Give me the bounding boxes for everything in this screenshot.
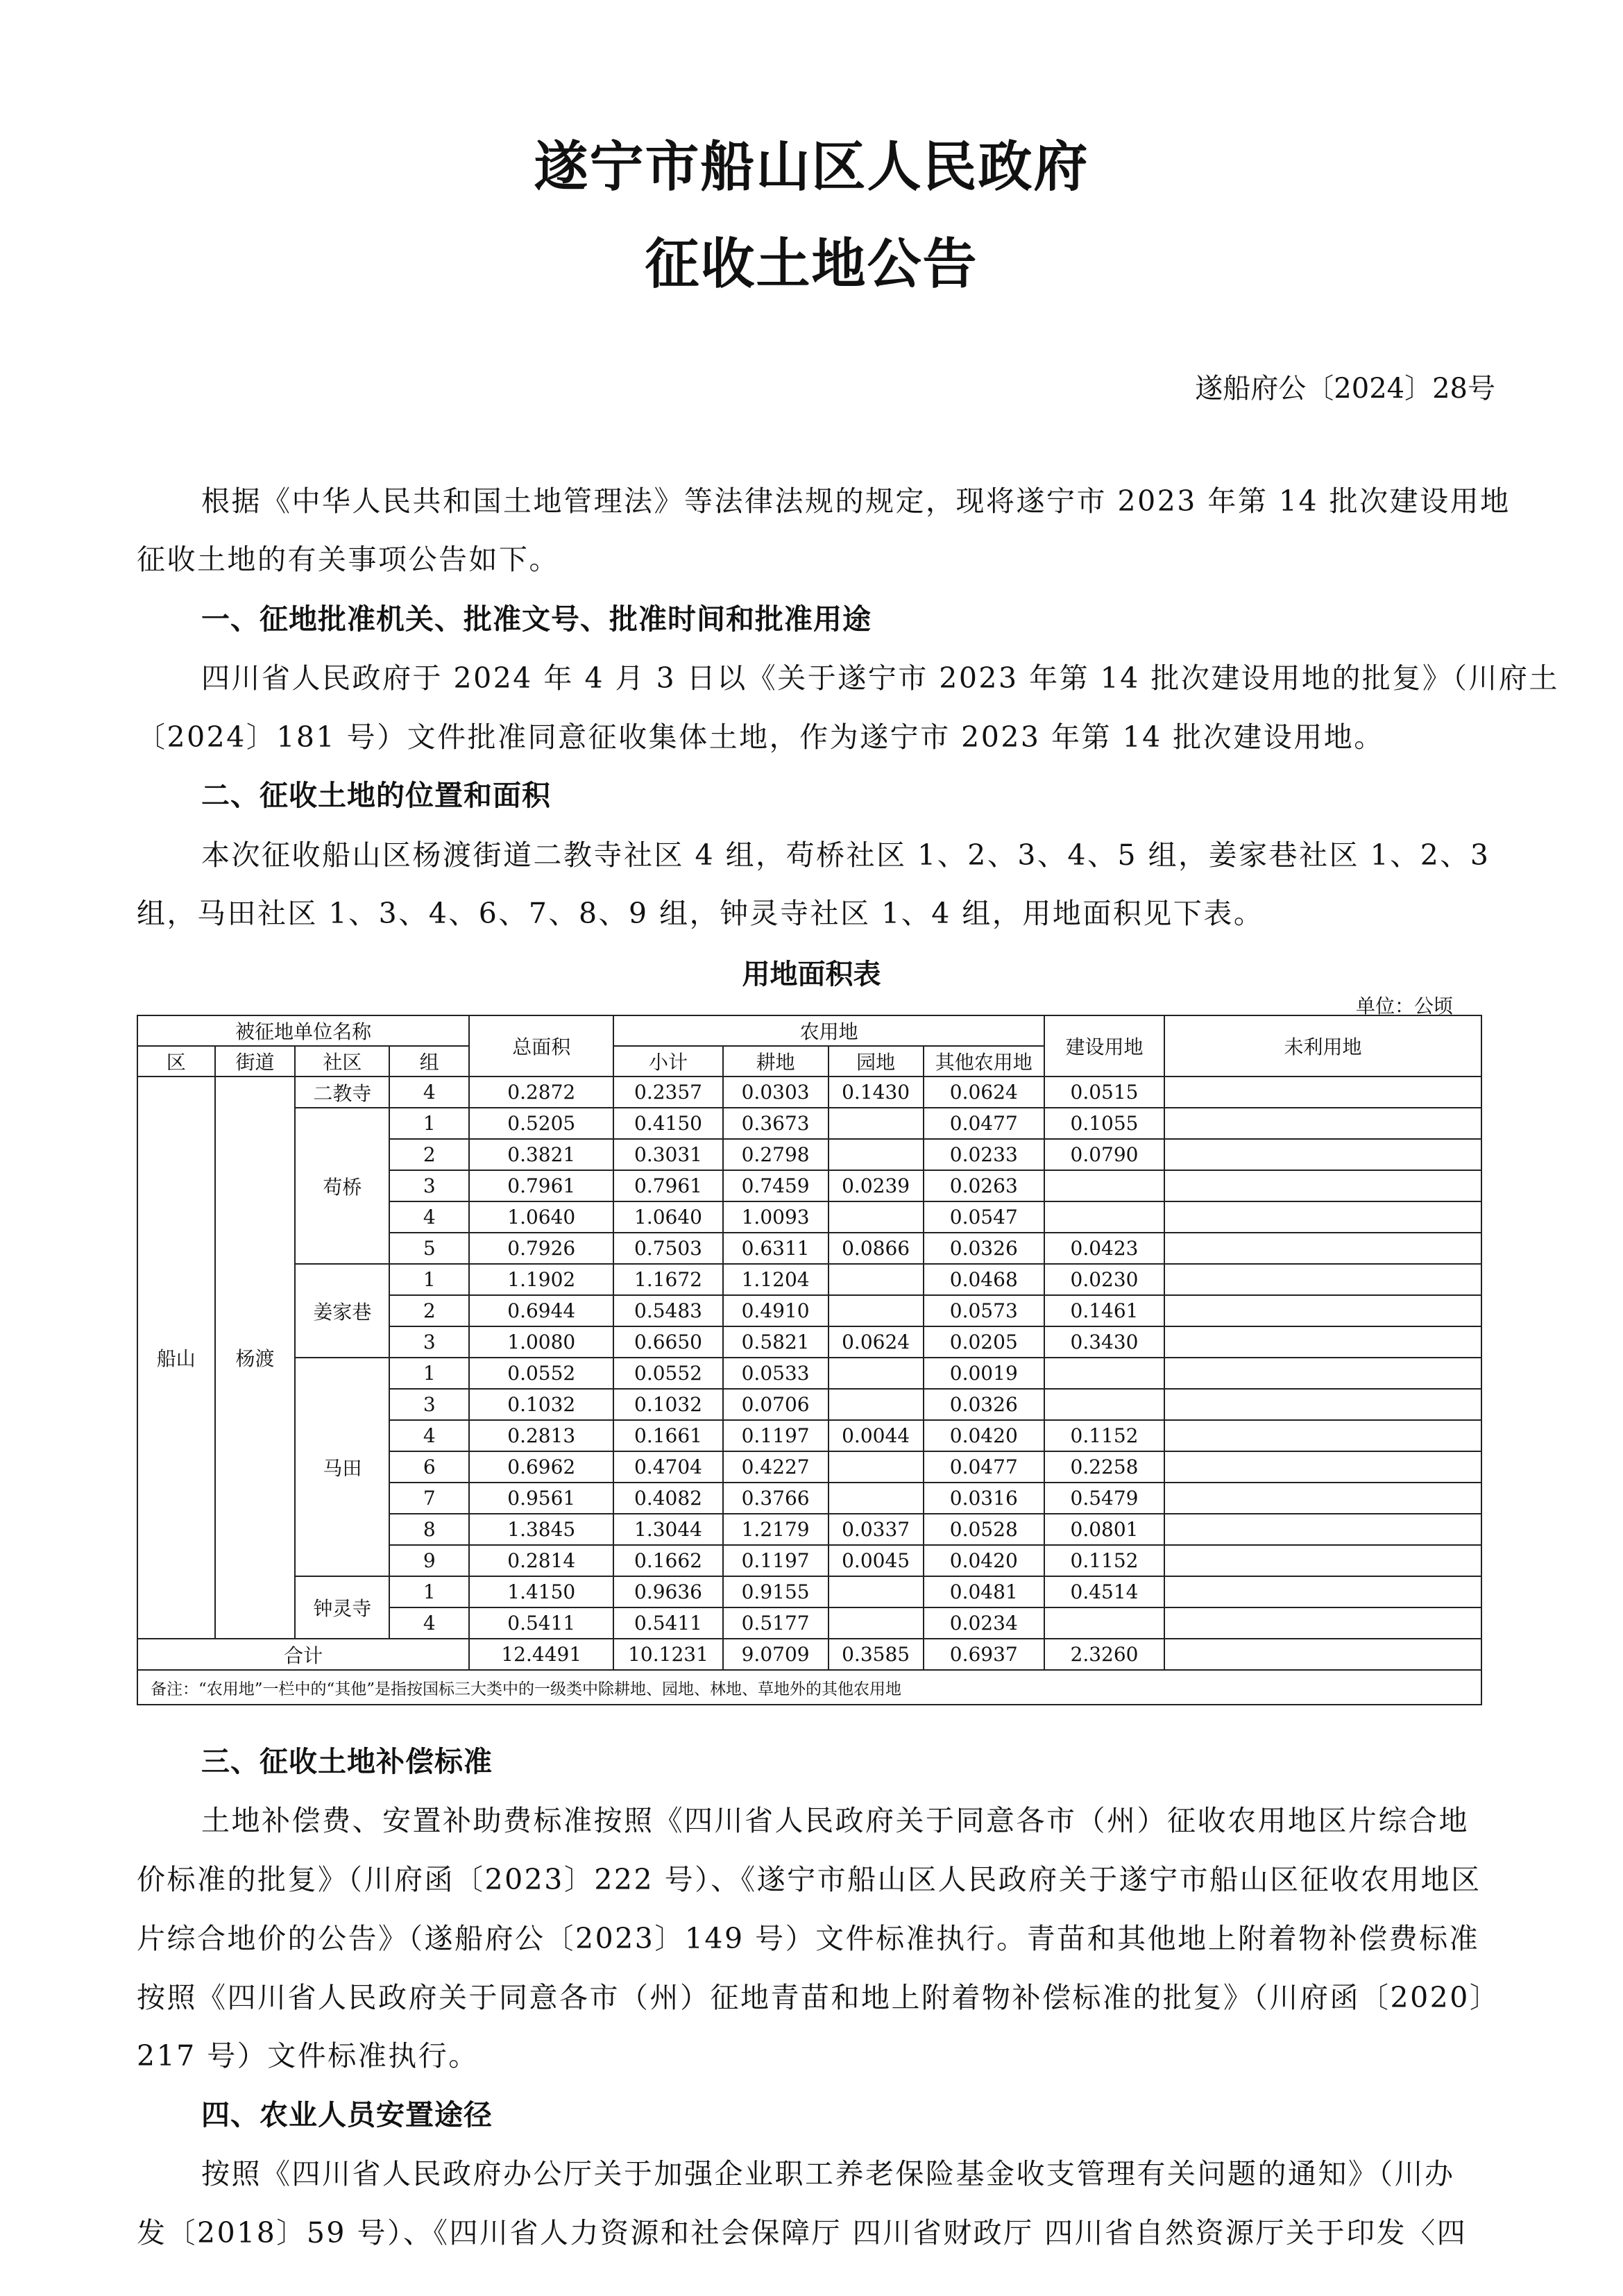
cell-street: 杨渡 bbox=[215, 1077, 296, 1639]
section2-line-2: 组，马田社区 1、3、4、6、7、8、9 组，钟灵寺社区 1、4 组，用地面积见… bbox=[137, 893, 1483, 934]
cell-construction bbox=[1044, 1607, 1164, 1639]
intro-line-1: 根据《中华人民共和国土地管理法》等法律法规的规定，现将遂宁市 2023 年第 1… bbox=[201, 480, 1483, 522]
document-number: 遂船府公〔2024〕28号 bbox=[1195, 366, 1495, 406]
cell-construction bbox=[1044, 1389, 1164, 1420]
cell-cultivated: 0.3673 bbox=[723, 1108, 829, 1139]
cell-cultivated: 0.0533 bbox=[723, 1358, 829, 1389]
cell-subtotal: 0.4704 bbox=[613, 1451, 722, 1483]
cell-subtotal: 0.4082 bbox=[613, 1483, 722, 1514]
cell-total: 0.5411 bbox=[469, 1607, 613, 1639]
cell-construction: 0.3430 bbox=[1044, 1326, 1164, 1358]
cell-group: 7 bbox=[389, 1483, 469, 1514]
total-label: 合计 bbox=[137, 1639, 469, 1670]
cell-group: 3 bbox=[389, 1326, 469, 1358]
table-title: 用地面积表 bbox=[0, 952, 1623, 992]
cell-group: 3 bbox=[389, 1389, 469, 1420]
cell-group: 4 bbox=[389, 1607, 469, 1639]
cell-construction: 0.1152 bbox=[1044, 1420, 1164, 1451]
section3-line-4: 按照《四川省人民政府关于同意各市（州）征地青苗和地上附着物补偿标准的批复》（川府… bbox=[137, 1977, 1483, 2018]
cell-garden: 0.0044 bbox=[829, 1420, 924, 1451]
cell-garden bbox=[829, 1139, 924, 1170]
section1-heading: 一、征地批准机关、批准文号、批准时间和批准用途 bbox=[201, 598, 872, 640]
header-district: 区 bbox=[137, 1046, 215, 1077]
cell-unused bbox=[1164, 1077, 1481, 1108]
cell-construction: 0.0790 bbox=[1044, 1139, 1164, 1170]
cell-total: 0.2813 bbox=[469, 1420, 613, 1451]
cell-community: 二教寺 bbox=[295, 1077, 389, 1108]
table-row: 苟桥10.52050.41500.36730.04770.1055 bbox=[137, 1108, 1481, 1139]
cell-other: 0.0420 bbox=[924, 1545, 1044, 1576]
cell-construction: 0.2258 bbox=[1044, 1451, 1164, 1483]
header-garden: 园地 bbox=[829, 1046, 924, 1077]
cell-other: 0.0481 bbox=[924, 1576, 1044, 1607]
cell-subtotal: 1.3044 bbox=[613, 1514, 722, 1545]
cell-subtotal: 0.0552 bbox=[613, 1358, 722, 1389]
cell-cultivated: 0.4227 bbox=[723, 1451, 829, 1483]
table-total-row: 合计 12.4491 10.1231 9.0709 0.3585 0.6937 … bbox=[137, 1639, 1481, 1670]
cell-subtotal: 0.6650 bbox=[613, 1326, 722, 1358]
header-construction: 建设用地 bbox=[1044, 1015, 1164, 1077]
cell-unused bbox=[1164, 1389, 1481, 1420]
cell-construction: 0.1152 bbox=[1044, 1545, 1164, 1576]
cell-total: 0.6944 bbox=[469, 1295, 613, 1326]
table-note: 备注：“农用地”一栏中的“其他”是指按国标三大类中的一级类中除耕地、园地、林地、… bbox=[137, 1670, 1481, 1705]
cell-unused bbox=[1164, 1420, 1481, 1451]
cell-total: 0.6962 bbox=[469, 1451, 613, 1483]
cell-subtotal: 1.0640 bbox=[613, 1201, 722, 1233]
cell-garden: 0.0624 bbox=[829, 1326, 924, 1358]
cell-garden: 0.1430 bbox=[829, 1077, 924, 1108]
header-cultivated: 耕地 bbox=[723, 1046, 829, 1077]
cell-garden bbox=[829, 1108, 924, 1139]
cell-group: 8 bbox=[389, 1514, 469, 1545]
cell-cultivated: 1.1204 bbox=[723, 1264, 829, 1295]
cell-community: 苟桥 bbox=[295, 1108, 389, 1264]
cell-construction bbox=[1044, 1170, 1164, 1201]
section2-line-1: 本次征收船山区杨渡街道二教寺社区 4 组，苟桥社区 1、2、3、4、5 组，姜家… bbox=[201, 834, 1483, 876]
cell-subtotal: 1.1672 bbox=[613, 1264, 722, 1295]
cell-subtotal: 0.4150 bbox=[613, 1108, 722, 1139]
cell-group: 9 bbox=[389, 1545, 469, 1576]
table-row: 钟灵寺11.41500.96360.91550.04810.4514 bbox=[137, 1576, 1481, 1607]
document-title-line1: 遂宁市船山区人民政府 bbox=[0, 124, 1623, 201]
cell-cultivated: 0.2798 bbox=[723, 1139, 829, 1170]
section1-line-1: 四川省人民政府于 2024 年 4 月 3 日以《关于遂宁市 2023 年第 1… bbox=[201, 657, 1483, 699]
cell-unused bbox=[1164, 1264, 1481, 1295]
cell-other: 0.0477 bbox=[924, 1451, 1044, 1483]
section3-line-3: 片综合地价的公告》（遂船府公〔2023〕149 号）文件标准执行。青苗和其他地上… bbox=[137, 1918, 1483, 1959]
total-garden: 0.3585 bbox=[829, 1639, 924, 1670]
cell-group: 3 bbox=[389, 1170, 469, 1201]
cell-subtotal: 0.1661 bbox=[613, 1420, 722, 1451]
cell-subtotal: 0.3031 bbox=[613, 1139, 722, 1170]
cell-subtotal: 0.7503 bbox=[613, 1233, 722, 1264]
cell-cultivated: 0.9155 bbox=[723, 1576, 829, 1607]
cell-unused bbox=[1164, 1358, 1481, 1389]
cell-other: 0.0205 bbox=[924, 1326, 1044, 1358]
cell-total: 1.0080 bbox=[469, 1326, 613, 1358]
cell-other: 0.0234 bbox=[924, 1607, 1044, 1639]
cell-community: 钟灵寺 bbox=[295, 1576, 389, 1639]
cell-total: 0.0552 bbox=[469, 1358, 613, 1389]
cell-subtotal: 0.2357 bbox=[613, 1077, 722, 1108]
cell-garden: 0.0866 bbox=[829, 1233, 924, 1264]
header-group: 组 bbox=[389, 1046, 469, 1077]
land-area-table: 被征地单位名称 总面积 农用地 建设用地 未利用地 区 街道 社区 组 小计 耕… bbox=[137, 1015, 1482, 1705]
cell-total: 0.2872 bbox=[469, 1077, 613, 1108]
cell-other: 0.0326 bbox=[924, 1233, 1044, 1264]
cell-cultivated: 1.0093 bbox=[723, 1201, 829, 1233]
header-total: 总面积 bbox=[469, 1015, 613, 1077]
cell-group: 1 bbox=[389, 1108, 469, 1139]
cell-unused bbox=[1164, 1514, 1481, 1545]
section3-line-2: 价标准的批复》（川府函〔2023〕222 号）、《遂宁市船山区人民政府关于遂宁市… bbox=[137, 1859, 1483, 1900]
cell-garden bbox=[829, 1389, 924, 1420]
total-cultivated: 9.0709 bbox=[723, 1639, 829, 1670]
section2-heading: 二、征收土地的位置和面积 bbox=[201, 775, 551, 816]
section4-line-2: 发〔2018〕59 号）、《四川省人力资源和社会保障厅 四川省财政厅 四川省自然… bbox=[137, 2212, 1483, 2254]
document-title-line2: 征收土地公告 bbox=[0, 221, 1623, 298]
cell-group: 2 bbox=[389, 1139, 469, 1170]
cell-group: 1 bbox=[389, 1264, 469, 1295]
cell-garden bbox=[829, 1607, 924, 1639]
cell-other: 0.0420 bbox=[924, 1420, 1044, 1451]
cell-unused bbox=[1164, 1451, 1481, 1483]
cell-unused bbox=[1164, 1139, 1481, 1170]
cell-garden bbox=[829, 1451, 924, 1483]
cell-district: 船山 bbox=[137, 1077, 215, 1639]
cell-other: 0.0233 bbox=[924, 1139, 1044, 1170]
cell-garden bbox=[829, 1358, 924, 1389]
cell-community: 马田 bbox=[295, 1358, 389, 1576]
cell-total: 0.2814 bbox=[469, 1545, 613, 1576]
cell-group: 1 bbox=[389, 1576, 469, 1607]
cell-cultivated: 0.0706 bbox=[723, 1389, 829, 1420]
total-construction: 2.3260 bbox=[1044, 1639, 1164, 1670]
cell-cultivated: 1.2179 bbox=[723, 1514, 829, 1545]
cell-unused bbox=[1164, 1326, 1481, 1358]
section3-line-5: 217 号）文件标准执行。 bbox=[137, 2035, 1483, 2077]
header-other-agri: 其他农用地 bbox=[924, 1046, 1044, 1077]
cell-cultivated: 0.0303 bbox=[723, 1077, 829, 1108]
cell-cultivated: 0.1197 bbox=[723, 1420, 829, 1451]
cell-other: 0.0316 bbox=[924, 1483, 1044, 1514]
cell-unused bbox=[1164, 1545, 1481, 1576]
header-community: 社区 bbox=[295, 1046, 389, 1077]
cell-construction: 0.1461 bbox=[1044, 1295, 1164, 1326]
table-header-row-1: 被征地单位名称 总面积 农用地 建设用地 未利用地 bbox=[137, 1015, 1481, 1046]
cell-group: 1 bbox=[389, 1358, 469, 1389]
table-note-row: 备注：“农用地”一栏中的“其他”是指按国标三大类中的一级类中除耕地、园地、林地、… bbox=[137, 1670, 1481, 1705]
cell-total: 1.0640 bbox=[469, 1201, 613, 1233]
cell-subtotal: 0.7961 bbox=[613, 1170, 722, 1201]
cell-other: 0.0263 bbox=[924, 1170, 1044, 1201]
cell-total: 0.7961 bbox=[469, 1170, 613, 1201]
cell-other: 0.0019 bbox=[924, 1358, 1044, 1389]
cell-other: 0.0326 bbox=[924, 1389, 1044, 1420]
cell-cultivated: 0.1197 bbox=[723, 1545, 829, 1576]
cell-other: 0.0573 bbox=[924, 1295, 1044, 1326]
cell-subtotal: 0.5411 bbox=[613, 1607, 722, 1639]
cell-group: 4 bbox=[389, 1201, 469, 1233]
cell-construction: 0.4514 bbox=[1044, 1576, 1164, 1607]
cell-unused bbox=[1164, 1233, 1481, 1264]
cell-subtotal: 0.9636 bbox=[613, 1576, 722, 1607]
section1-line-2: 〔2024〕181 号）文件批准同意征收集体土地，作为遂宁市 2023 年第 1… bbox=[137, 716, 1483, 758]
table-row: 船山杨渡二教寺40.28720.23570.03030.14300.06240.… bbox=[137, 1077, 1481, 1108]
cell-group: 4 bbox=[389, 1420, 469, 1451]
cell-total: 1.4150 bbox=[469, 1576, 613, 1607]
cell-group: 4 bbox=[389, 1077, 469, 1108]
cell-construction: 0.0423 bbox=[1044, 1233, 1164, 1264]
cell-unused bbox=[1164, 1170, 1481, 1201]
cell-garden bbox=[829, 1264, 924, 1295]
cell-group: 6 bbox=[389, 1451, 469, 1483]
cell-community: 姜家巷 bbox=[295, 1264, 389, 1358]
header-subtotal: 小计 bbox=[613, 1046, 722, 1077]
section4-heading: 四、农业人员安置途径 bbox=[201, 2094, 493, 2136]
cell-garden bbox=[829, 1201, 924, 1233]
cell-garden: 0.0337 bbox=[829, 1514, 924, 1545]
cell-cultivated: 0.5821 bbox=[723, 1326, 829, 1358]
cell-unused bbox=[1164, 1607, 1481, 1639]
cell-subtotal: 0.5483 bbox=[613, 1295, 722, 1326]
cell-cultivated: 0.6311 bbox=[723, 1233, 829, 1264]
total-total: 12.4491 bbox=[469, 1639, 613, 1670]
table-row: 马田10.05520.05520.05330.0019 bbox=[137, 1358, 1481, 1389]
cell-total: 0.5205 bbox=[469, 1108, 613, 1139]
cell-unused bbox=[1164, 1201, 1481, 1233]
cell-garden bbox=[829, 1295, 924, 1326]
cell-other: 0.0547 bbox=[924, 1201, 1044, 1233]
cell-construction bbox=[1044, 1358, 1164, 1389]
header-unused: 未利用地 bbox=[1164, 1015, 1481, 1077]
cell-unused bbox=[1164, 1483, 1481, 1514]
cell-garden: 0.0045 bbox=[829, 1545, 924, 1576]
cell-group: 2 bbox=[389, 1295, 469, 1326]
cell-construction: 0.0515 bbox=[1044, 1077, 1164, 1108]
cell-cultivated: 0.4910 bbox=[723, 1295, 829, 1326]
total-unused bbox=[1164, 1639, 1481, 1670]
cell-group: 5 bbox=[389, 1233, 469, 1264]
cell-construction: 0.1055 bbox=[1044, 1108, 1164, 1139]
cell-cultivated: 0.7459 bbox=[723, 1170, 829, 1201]
cell-garden bbox=[829, 1576, 924, 1607]
section4-line-1: 按照《四川省人民政府办公厅关于加强企业职工养老保险基金收支管理有关问题的通知》（… bbox=[201, 2153, 1483, 2195]
table-row: 姜家巷11.19021.16721.12040.04680.0230 bbox=[137, 1264, 1481, 1295]
cell-construction: 0.0230 bbox=[1044, 1264, 1164, 1295]
cell-garden bbox=[829, 1483, 924, 1514]
cell-unused bbox=[1164, 1295, 1481, 1326]
table-body: 船山杨渡二教寺40.28720.23570.03030.14300.06240.… bbox=[137, 1077, 1481, 1639]
section3-heading: 三、征收土地补偿标准 bbox=[201, 1741, 493, 1782]
cell-garden: 0.0239 bbox=[829, 1170, 924, 1201]
cell-total: 0.9561 bbox=[469, 1483, 613, 1514]
cell-cultivated: 0.5177 bbox=[723, 1607, 829, 1639]
cell-subtotal: 0.1032 bbox=[613, 1389, 722, 1420]
header-unit-name: 被征地单位名称 bbox=[137, 1015, 469, 1046]
cell-unused bbox=[1164, 1576, 1481, 1607]
total-other: 0.6937 bbox=[924, 1639, 1044, 1670]
cell-total: 0.3821 bbox=[469, 1139, 613, 1170]
cell-total: 0.1032 bbox=[469, 1389, 613, 1420]
cell-construction: 0.5479 bbox=[1044, 1483, 1164, 1514]
cell-total: 1.1902 bbox=[469, 1264, 613, 1295]
intro-line-2: 征收土地的有关事项公告如下。 bbox=[137, 539, 1483, 580]
header-agri: 农用地 bbox=[613, 1015, 1044, 1046]
section3-line-1: 土地补偿费、安置补助费标准按照《四川省人民政府关于同意各市（州）征收农用地区片综… bbox=[201, 1800, 1483, 1841]
cell-subtotal: 0.1662 bbox=[613, 1545, 722, 1576]
cell-construction bbox=[1044, 1201, 1164, 1233]
header-street: 街道 bbox=[215, 1046, 296, 1077]
cell-total: 0.7926 bbox=[469, 1233, 613, 1264]
cell-other: 0.0528 bbox=[924, 1514, 1044, 1545]
cell-total: 1.3845 bbox=[469, 1514, 613, 1545]
cell-other: 0.0624 bbox=[924, 1077, 1044, 1108]
cell-other: 0.0477 bbox=[924, 1108, 1044, 1139]
cell-cultivated: 0.3766 bbox=[723, 1483, 829, 1514]
cell-construction: 0.0801 bbox=[1044, 1514, 1164, 1545]
cell-other: 0.0468 bbox=[924, 1264, 1044, 1295]
cell-unused bbox=[1164, 1108, 1481, 1139]
total-subtotal: 10.1231 bbox=[613, 1639, 722, 1670]
